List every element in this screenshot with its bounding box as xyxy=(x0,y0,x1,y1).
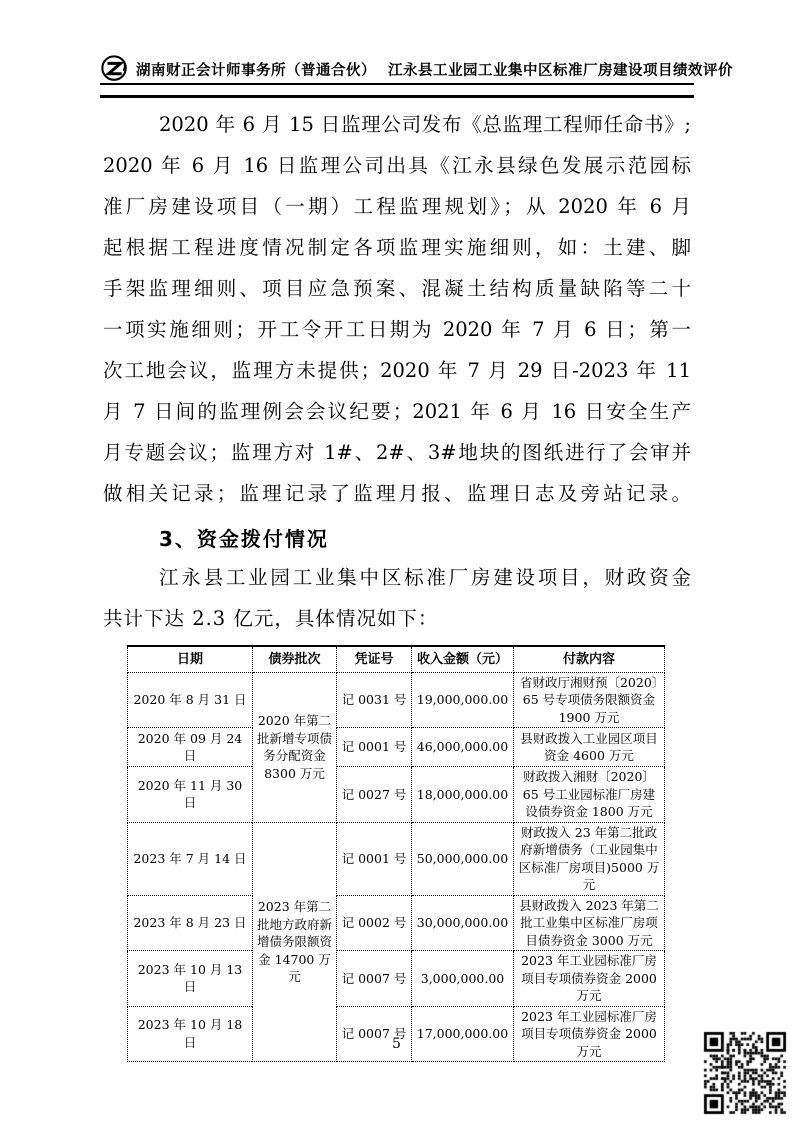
funding-table-wrap: 日期 债券批次 凭证号 收入金额（元） 付款内容 2020 年 8 月 31 日… xyxy=(127,645,664,1062)
col-header-date: 日期 xyxy=(128,646,253,672)
cell-voucher: 记 0001 号 xyxy=(337,822,412,895)
cell-voucher: 记 0031 号 xyxy=(337,672,412,728)
cell-content: 2023 年工业园标准厂房项目专项债券资金 2000 万元 xyxy=(514,1006,665,1062)
paragraph-line: 2020 年 6 月 16 日监理公司出具《江永县绿色发展示范园标 xyxy=(103,145,691,186)
cell-voucher: 记 0002 号 xyxy=(337,895,412,951)
cell-date: 2020 年 09 月 24 日 xyxy=(128,728,253,767)
cell-amount: 30,000,000.00 xyxy=(412,895,514,951)
page-number: 5 xyxy=(0,1036,793,1052)
table-header-row: 日期 债券批次 凭证号 收入金额（元） 付款内容 xyxy=(128,646,665,672)
header-rule xyxy=(100,95,694,98)
qr-code xyxy=(701,1029,789,1115)
paragraph-line: 江永县工业园工业集中区标准厂房建设项目，财政资金 xyxy=(103,557,691,598)
cell-amount: 3,000,000.00 xyxy=(412,951,514,1007)
cell-voucher: 记 0027 号 xyxy=(337,767,412,823)
cell-amount: 46,000,000.00 xyxy=(412,728,514,767)
cell-date: 2023 年 8 月 23 日 xyxy=(128,895,253,951)
cell-content: 县财政拨入工业园区项目资金 4600 万元 xyxy=(514,728,665,767)
paragraph-line: 做相关记录；监理记录了监理月报、监理日志及旁站记录。 xyxy=(103,473,691,514)
col-header-amount: 收入金额（元） xyxy=(412,646,514,672)
section-heading: 3、资金拨付情况 xyxy=(103,521,691,557)
document-page: 湖南财正会计师事务所（普通合伙） 江永县工业园工业集中区标准厂房建设项目绩效评价… xyxy=(0,0,793,1122)
paragraph-line: 准厂房建设项目（一期）工程监理规划》；从 2020 年 6 月 xyxy=(103,186,691,227)
paragraph-line: 共计下达 2.3 亿元，具体情况如下： xyxy=(103,598,691,639)
col-header-bond-batch: 债券批次 xyxy=(253,646,337,672)
cell-date: 2023 年 10 月 13 日 xyxy=(128,951,253,1007)
cell-amount: 50,000,000.00 xyxy=(412,822,514,895)
cell-bond-batch: 2020 年第二批新增专项债务分配资金 8300 万元 xyxy=(253,672,337,822)
cell-date: 2020 年 8 月 31 日 xyxy=(128,672,253,728)
table-row: 2023 年 10 月 18 日 记 0007 号 17,000,000.00 … xyxy=(128,1006,665,1062)
paragraph-line: 一项实施细则；开工令开工日期为 2020 年 7 月 6 日；第一 xyxy=(103,309,691,350)
cell-content: 财政拨入湘财〔2020〕65 号工业园标准厂房建设债券资金 1800 万元 xyxy=(514,767,665,823)
table-row: 2020 年 8 月 31 日 2020 年第二批新增专项债务分配资金 8300… xyxy=(128,672,665,728)
table-row: 2020 年 09 月 24 日 记 0001 号 46,000,000.00 … xyxy=(128,728,665,767)
table-row: 2023 年 7 月 14 日 2023 年第二批地方政府新增债务限额资金 14… xyxy=(128,822,665,895)
table-row: 2020 年 11 月 30 日 记 0027 号 18,000,000.00 … xyxy=(128,767,665,823)
cell-voucher: 记 0007 号 xyxy=(337,951,412,1007)
col-header-content: 付款内容 xyxy=(514,646,665,672)
body-text: 2020 年 6 月 15 日监理公司发布《总监理工程师任命书》; 2020 年… xyxy=(103,104,691,639)
company-logo-icon xyxy=(100,54,130,84)
cell-content: 县财政拨入 2023 年第二批工业集中区标准厂房项目债券资金 3000 万元 xyxy=(514,895,665,951)
paragraph-line: 2020 年 6 月 15 日监理公司发布《总监理工程师任命书》; xyxy=(103,104,691,145)
paragraph-line: 起根据工程进度情况制定各项监理实施细则，如：土建、脚 xyxy=(103,227,691,268)
cell-amount: 18,000,000.00 xyxy=(412,767,514,823)
funding-table: 日期 债券批次 凭证号 收入金额（元） 付款内容 2020 年 8 月 31 日… xyxy=(127,645,665,1062)
report-title: 江永县工业园工业集中区标准厂房建设项目绩效评价 xyxy=(388,63,733,80)
table-row: 2023 年 10 月 13 日 记 0007 号 3,000,000.00 2… xyxy=(128,951,665,1007)
cell-voucher: 记 0001 号 xyxy=(337,728,412,767)
cell-date: 2023 年 10 月 18 日 xyxy=(128,1006,253,1062)
cell-date: 2020 年 11 月 30 日 xyxy=(128,767,253,823)
cell-amount: 19,000,000.00 xyxy=(412,672,514,728)
paragraph-line: 月 7 日间的监理例会会议纪要；2021 年 6 月 16 日安全生产 xyxy=(103,391,691,432)
paragraph-line: 手架监理细则、项目应急预案、混凝土结构质量缺陷等二十 xyxy=(103,268,691,309)
cell-content: 2023 年工业园标准厂房项目专项债券资金 2000 万元 xyxy=(514,951,665,1007)
firm-name: 湖南财正会计师事务所（普通合伙） xyxy=(136,63,376,80)
cell-content: 省财政厅湘财预〔2020〕65 号专项债务限额资金 1900 万元 xyxy=(514,672,665,728)
cell-bond-batch: 2023 年第二批地方政府新增债务限额资金 14700 万元 xyxy=(253,822,337,1062)
cell-voucher: 记 0007 号 xyxy=(337,1006,412,1062)
paragraph-line: 次工地会议，监理方未提供；2020 年 7 月 29 日-2023 年 11 xyxy=(103,350,691,391)
cell-amount: 17,000,000.00 xyxy=(412,1006,514,1062)
paragraph-line: 月专题会议；监理方对 1#、2#、3#地块的图纸进行了会审并 xyxy=(103,432,691,473)
table-row: 2023 年 8 月 23 日 记 0002 号 30,000,000.00 县… xyxy=(128,895,665,951)
col-header-voucher: 凭证号 xyxy=(337,646,412,672)
page-header: 湖南财正会计师事务所（普通合伙） 江永县工业园工业集中区标准厂房建设项目绩效评价 xyxy=(100,54,694,85)
cell-date: 2023 年 7 月 14 日 xyxy=(128,822,253,895)
cell-content: 财政拨入 23 年第二批政府新增债务（工业园集中区标准厂房项目)5000 万元 xyxy=(514,822,665,895)
